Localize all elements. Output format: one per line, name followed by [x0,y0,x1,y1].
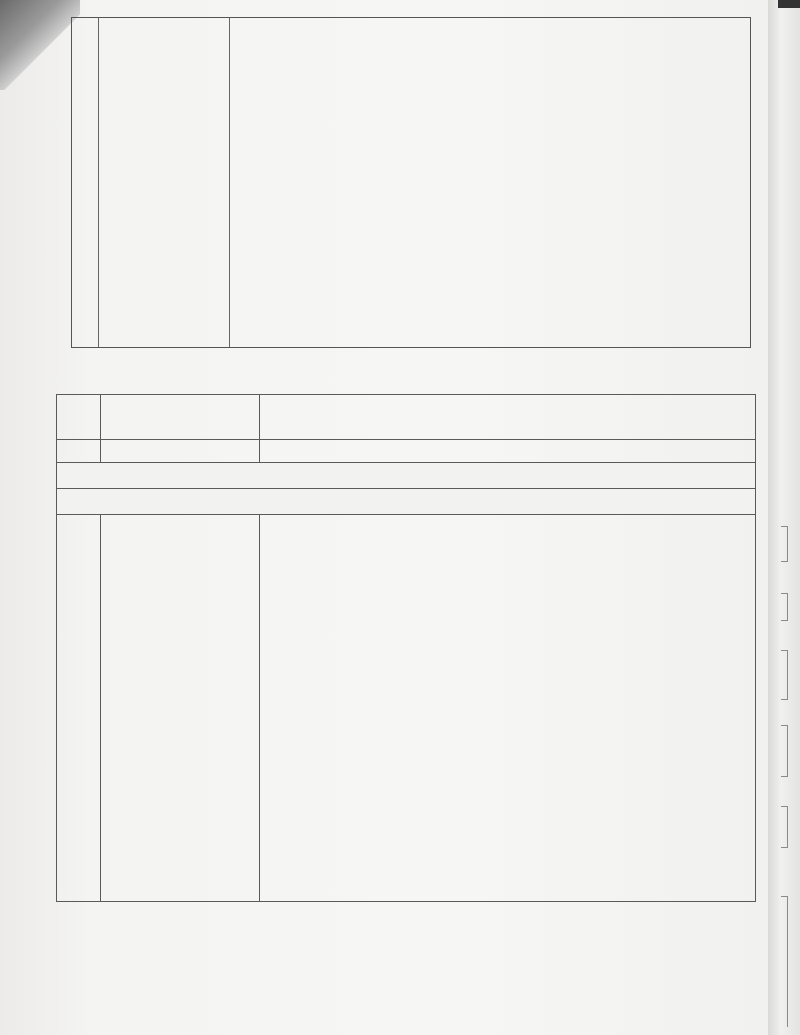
other-section-row [57,489,756,515]
main-section-row [57,463,756,489]
continuation-num-cell [72,18,99,347]
page-edge-mark [781,806,788,848]
continuation-text-cell [230,18,750,347]
table-index-row [57,440,756,463]
next-page-edge [768,0,800,1035]
other-activities-row [57,515,756,902]
index-name-cell [260,440,756,463]
page-edge-mark [781,725,788,777]
page-edge-mark [781,896,788,1027]
binder-shadow [778,0,800,8]
header-name [260,395,756,440]
continuation-table [71,17,751,348]
other-activities-list [260,515,756,902]
header-code [101,395,260,440]
page-edge-mark [781,650,788,700]
continuation-code-cell [99,18,230,347]
index-code [101,440,260,463]
other-code [101,515,260,902]
activities-table [56,394,756,902]
header-num [57,395,101,440]
scanned-page [0,0,768,1035]
index-num [57,440,101,463]
page-edge-mark [781,593,788,621]
page-edge-mark [781,526,788,562]
other-section-title [57,489,756,515]
table-header-row [57,395,756,440]
other-num [57,515,101,902]
main-section-title [57,463,756,489]
page-curl [0,0,80,90]
